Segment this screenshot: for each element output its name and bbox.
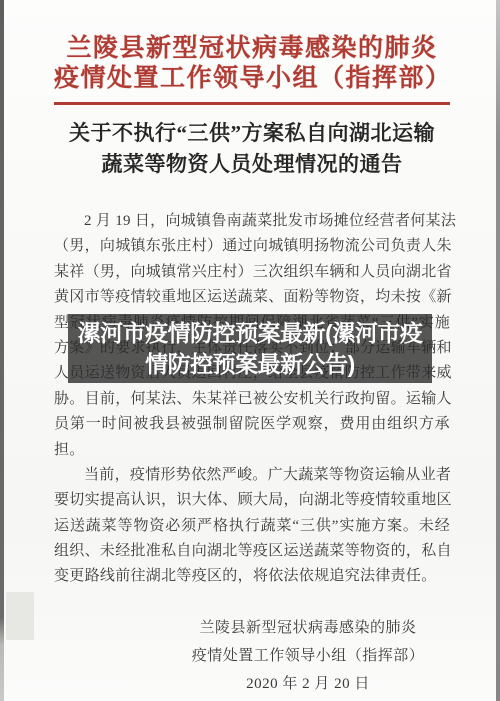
body-line: 变更路线前往湖北等疫区的，将依法依规追究法律责任。 [54, 564, 450, 589]
notice-body: 2 月 19 日，向城镇鲁南蔬菜批发市场摊位经营者何某法 （男，向城镇东张庄村）… [54, 209, 450, 590]
photo-artifact [6, 592, 34, 640]
caption-line-2: 情防控预案最新公告) [68, 349, 432, 379]
signature-block: 兰陵县新型冠状病毒感染的肺炎 疫情处置工作领导小组（指挥部） 2020 年 2 … [54, 614, 450, 698]
body-line: 黄冈市等疫情较重地区运送蔬菜、面粉等物资，均未按《新 [54, 285, 450, 310]
red-divider [54, 102, 450, 105]
body-line: 要切实提高认识，识大体、顾大局，向湖北等疫情较重地区 [54, 488, 450, 513]
body-line: 组织、未经批准私自向湖北等疫区运送蔬菜等物资的，私自 [54, 539, 450, 564]
notice-photo: 兰陵县新型冠状病毒感染的肺炎 疫情处置工作领导小组（指挥部） 关于不执行“三供”… [0, 0, 500, 701]
letterhead-line-1: 兰陵县新型冠状病毒感染的肺炎 [54, 34, 450, 64]
body-line: 当前，疫情形势依然严峻。广大蔬菜等物资运输从业者 [54, 463, 450, 488]
body-line: （男，向城镇东张庄村）通过向城镇明扬物流公司负责人朱 [54, 234, 450, 259]
body-line: 员第一时间被我县被强制留院医学观察，费用由组织方承 [54, 412, 450, 437]
notice-title-line-1: 关于不执行“三供”方案私自向湖北运输 [54, 118, 450, 149]
caption-line-1: 漯河市疫情防控预案最新(漯河市疫 [68, 318, 432, 349]
notice-title-line-2: 蔬菜等物资人员处理情况的通告 [54, 149, 450, 180]
photo-right-edge [496, 0, 500, 701]
body-line: 运送蔬菜等物资必须严格执行蔬菜“三供”实施方案。未经 [54, 514, 450, 539]
body-line: 2 月 19 日，向城镇鲁南蔬菜批发市场摊位经营者何某法 [54, 209, 450, 234]
letterhead-line-2: 疫情处置工作领导小组（指挥部） [54, 64, 450, 94]
signature-org-line-2: 疫情处置工作领导小组（指挥部） [166, 642, 450, 670]
body-line: 某祥（男，向城镇常兴庄村）三次组织车辆和人员向湖北省 [54, 260, 450, 285]
notice-title: 关于不执行“三供”方案私自向湖北运输 蔬菜等物资人员处理情况的通告 [54, 118, 450, 180]
signature-org-line-1: 兰陵县新型冠状病毒感染的肺炎 [166, 614, 450, 642]
signature-date: 2020 年 2 月 20 日 [166, 670, 450, 698]
caption-overlay: 漯河市疫情防控预案最新(漯河市疫 情防控预案最新公告) [68, 314, 432, 383]
body-line: 担。 [54, 438, 450, 463]
photo-left-edge [0, 0, 4, 701]
letterhead-title: 兰陵县新型冠状病毒感染的肺炎 疫情处置工作领导小组（指挥部） [54, 34, 450, 94]
body-line: 胁。目前，何某法、朱某祥已被公安机关行政拘留。运输人 [54, 387, 450, 412]
